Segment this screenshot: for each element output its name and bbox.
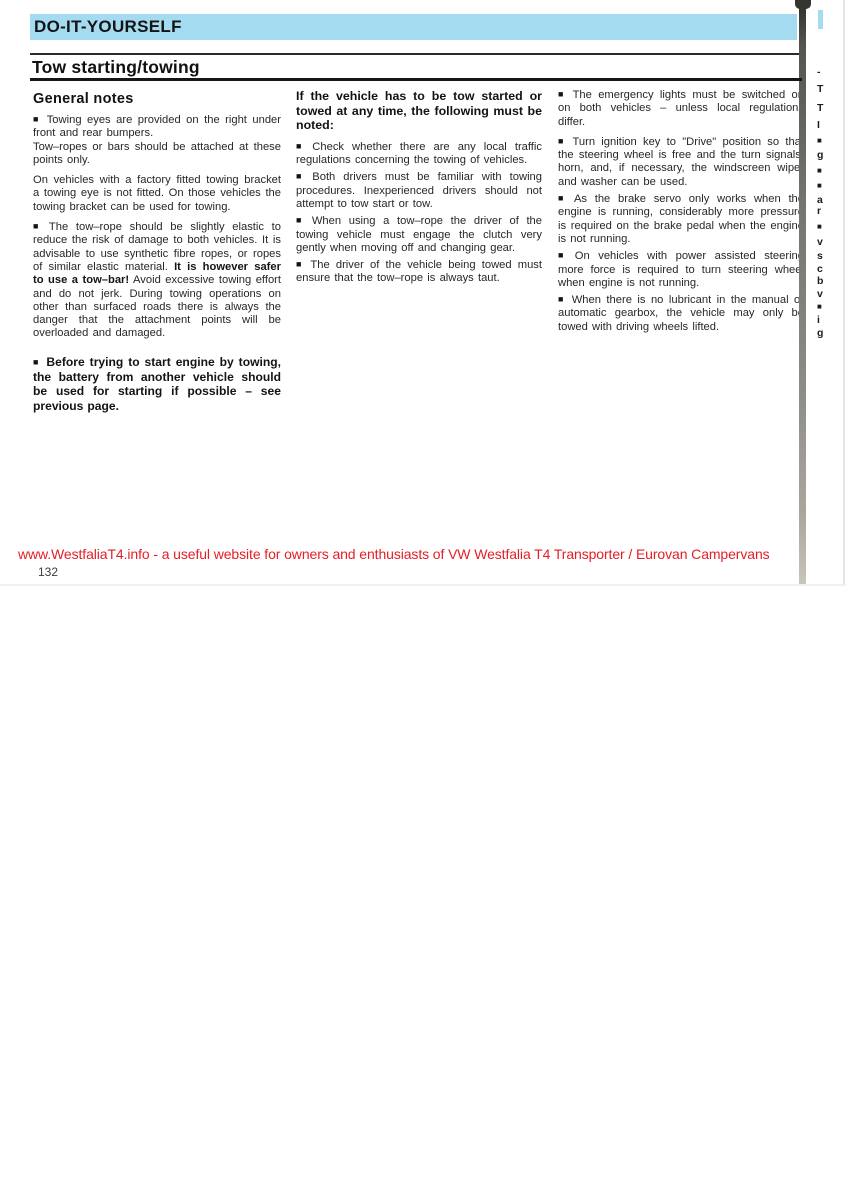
bullet-square-icon: ■ [558, 250, 568, 260]
next-page-cutoff-glyph: I [817, 120, 820, 130]
paragraph: ■The tow–rope should be slightly elastic… [33, 221, 281, 341]
next-page-cutoff-glyph: T [817, 84, 823, 94]
body-text: When using a tow–rope the driver of the … [296, 215, 542, 254]
body-text: Both drivers must be familiar with towin… [296, 171, 542, 210]
paragraph: ■Check whether there are any local traff… [296, 141, 542, 168]
body-text: As the brake servo only works when the e… [558, 193, 804, 245]
next-page-cutoff-glyph: ■ [817, 136, 822, 146]
page-binding-top [795, 0, 811, 9]
bullet-square-icon: ■ [296, 141, 305, 151]
bullet-square-icon: ■ [558, 136, 565, 146]
next-page-cutoff-glyph: ■ [817, 166, 822, 176]
next-page-cutoff-glyph: v [817, 237, 823, 247]
next-page-cutoff-glyph: ■ [817, 222, 822, 232]
next-page-cutoff-glyph: v [817, 289, 823, 299]
body-text: Check whether there are any local traffi… [296, 141, 542, 166]
body-text: Tow–ropes or bars should be attached at … [33, 141, 281, 166]
bullet-square-icon: ■ [296, 215, 305, 225]
bullet-square-icon: ■ [558, 294, 565, 304]
bullet-square-icon: ■ [296, 259, 303, 269]
next-page-cutoff-glyph: ■ [817, 181, 822, 191]
paragraph: Tow–ropes or bars should be attached at … [33, 141, 281, 168]
body-text: On vehicles with power assisted steering… [558, 250, 804, 289]
section-header-bar: DO-IT-YOURSELF [30, 14, 797, 40]
next-page-cutoff-glyph: i [817, 315, 820, 325]
manual-page-scan: DO-IT-YOURSELF Tow starting/towing Gener… [0, 0, 848, 1200]
paragraph: ■Turn ignition key to "Drive" position s… [558, 136, 804, 189]
paragraph: ■The emergency lights must be switched o… [558, 89, 804, 129]
paragraph: ■On vehicles with power assisted steerin… [558, 250, 804, 290]
watermark-text: www.WestfaliaT4.info - a useful website … [18, 546, 818, 562]
bullet-square-icon: ■ [33, 114, 40, 124]
next-page-cutoff-glyph: g [817, 150, 823, 160]
paragraph: ■Towing eyes are provided on the right u… [33, 114, 281, 141]
paragraph: ■Before trying to start engine by towing… [33, 355, 281, 413]
body-text: On vehicles with a factory fitted towing… [33, 174, 281, 213]
bullet-square-icon: ■ [296, 171, 305, 181]
bullet-square-icon: ■ [33, 221, 42, 231]
paragraph: ■When there is no lubricant in the manua… [558, 294, 804, 334]
next-page-cutoff-glyph: s [817, 251, 823, 261]
next-page-cutoff-glyph: ■ [817, 302, 822, 312]
bullet-square-icon: ■ [558, 89, 566, 99]
paragraph: ■As the brake servo only works when the … [558, 193, 804, 246]
column-heading: If the vehicle has to be tow started or … [296, 89, 542, 133]
body-text: The driver of the vehicle being towed mu… [296, 259, 542, 284]
next-page-cutoff-glyph: T [817, 103, 823, 113]
next-page-edge: -TTI■g■■ar■vscbv■ig [817, 0, 829, 585]
next-page-cutoff-glyph: c [817, 264, 823, 274]
page-binding-line [799, 0, 806, 585]
next-page-cutoff-glyph: b [817, 276, 823, 286]
column-general-notes: General notes ■Towing eyes are provided … [33, 89, 281, 413]
paragraph: ■Both drivers must be familiar with towi… [296, 171, 542, 211]
scan-right-edge [843, 0, 845, 586]
next-page-cutoff-glyph: - [817, 67, 821, 77]
paragraph: ■The driver of the vehicle being towed m… [296, 259, 542, 286]
body-text: Towing eyes are provided on the right un… [33, 114, 281, 139]
scan-bottom-edge [0, 584, 846, 586]
next-page-cutoff-glyph: g [817, 328, 823, 338]
next-page-cutoff-glyph: a [817, 195, 823, 205]
column-towing-warnings: ■The emergency lights must be switched o… [558, 89, 804, 334]
body-text: The emergency lights must be switched on… [558, 89, 804, 128]
column-towing-instructions: If the vehicle has to be tow started or … [296, 89, 542, 286]
bullet-square-icon: ■ [558, 193, 567, 203]
column-heading: General notes [33, 91, 281, 107]
title-bottom-rule [30, 78, 802, 81]
page-title: Tow starting/towing [32, 57, 200, 78]
body-text: Before trying to start engine by towing,… [33, 355, 281, 413]
page-number: 132 [38, 565, 58, 579]
section-header-label: DO-IT-YOURSELF [30, 14, 182, 40]
body-text: Turn ignition key to "Drive" position so… [558, 136, 804, 188]
paragraph: ■When using a tow–rope the driver of the… [296, 215, 542, 255]
body-text: When there is no lubricant in the manual… [558, 294, 804, 333]
bullet-square-icon: ■ [33, 357, 39, 367]
next-page-cutoff-glyph: r [817, 206, 821, 216]
paragraph: On vehicles with a factory fitted towing… [33, 174, 281, 214]
title-top-rule [30, 53, 802, 55]
